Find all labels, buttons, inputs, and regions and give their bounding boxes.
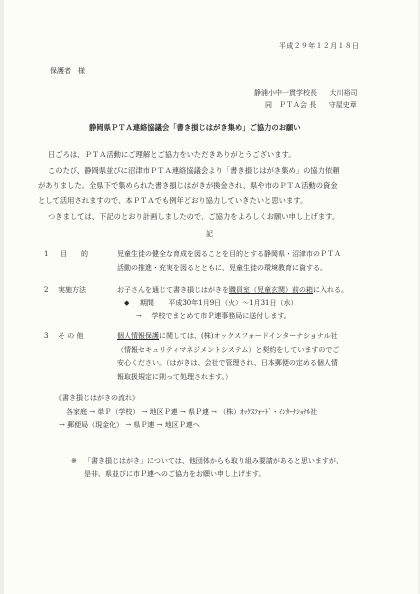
scan-edge-left — [0, 0, 4, 594]
item-3-line-3: 安心ください。（はがきは、会社で管理され、日本郵便の定める個人情 — [117, 358, 338, 368]
item-2-text-pre: お子さんを通じて書き損じはがきを — [117, 286, 229, 294]
diamond-bullet-icon: ◆ — [124, 299, 129, 307]
sender-2-org: 同 ＰＴＡ会 長 — [265, 101, 316, 109]
sender-2: 同 ＰＴＡ会 長 守屋史章 — [265, 100, 357, 110]
send-note-row: → 学校でまとめて市Ｐ連事務局に送付します。 — [136, 311, 291, 321]
item-3-line-4: 報取扱規定に則って処理されます。） — [117, 372, 232, 382]
body-line-1: 日ごろは、ＰＴＡ活動にご理解とご協力をいただきありがとうございます。 — [48, 150, 296, 160]
body-line-2: このたび、静岡県並びに沼津市ＰＴＡ連絡協議会より「書き損じはがき集め」の協力依頼 — [48, 166, 340, 176]
sender-1-org: 静浦小中一貫学校長 — [254, 89, 317, 97]
period-value: 平成30年1月9日（火）～1月31日（水） — [168, 299, 297, 307]
document-title: 静岡県ＰＴＡ連絡協議会「書き損じはがき集め」ご協力のお願い — [89, 123, 301, 133]
item-2-number: 2 — [44, 285, 48, 295]
item-2-label: 実施方法 — [58, 285, 86, 295]
flow-heading: 《書き損じはがきの流れ》 — [55, 393, 139, 403]
period-row: ◆ 期間 平成30年1月9日（火）～1月31日（水） — [124, 298, 298, 308]
item-1-number: 1 — [44, 249, 48, 259]
body-line-3: がありました。全県下で集められた書き損じはがきが換金され、県や市のＰＴＡ活動の資… — [38, 181, 338, 191]
arrow-right-icon: → — [136, 312, 142, 320]
footnote-line-1: 「書き損じはがき」については、他団体からも取り組み要請があると思いますが、 — [84, 456, 343, 466]
item-3-label: そ の 他 — [58, 331, 83, 341]
ki-heading: 記 — [206, 229, 213, 239]
period-label: 期間 — [140, 299, 154, 307]
item-1-label: 目 的 — [60, 249, 88, 259]
item-2-text-post: に入れる。 — [313, 286, 348, 294]
privacy-protection-term: 個人情報保護 — [117, 332, 159, 340]
item-3-text-post: に関しては、(株)オックスフォードインターナショナル社 — [159, 332, 338, 340]
body-line-5: つきましては、下記のとおり計画しましたので、ご協力をよろしくお願い申し上げます。 — [48, 212, 339, 222]
sender-1-name: 大川裕司 — [329, 89, 357, 97]
document-date: 平成２９年１２月１８日 — [279, 41, 359, 51]
addressee: 保護者 様 — [50, 66, 85, 76]
collection-box-location: 職員室（児童玄関）前の箱 — [229, 286, 313, 294]
item-1-line-1: 児童生徒の健全な育成を図ることを目的とする静岡県・沼津市のＰＴＡ — [117, 249, 341, 259]
send-note: 学校でまとめて市Ｐ連事務局に送付します。 — [151, 312, 290, 320]
sender-2-name: 守屋史章 — [329, 101, 357, 109]
item-2-line-1: お子さんを通じて書き損じはがきを職員室（児童玄関）前の箱に入れる。 — [117, 285, 348, 295]
item-3-line-1: 個人情報保護に関しては、(株)オックスフォードインターナショナル社 — [117, 331, 338, 341]
sender-1: 静浦小中一貫学校長 大川裕司 — [254, 88, 357, 98]
item-3-number: 3 — [44, 331, 48, 341]
flow-line-2: → 郵便局（現金化） → 県Ｐ連 → 地区Ｐ連へ — [59, 420, 200, 430]
item-1-line-2: 活動の推進・充実を図るとともに、児童生徒の環境教育に資する。 — [117, 263, 327, 273]
reference-mark-icon: ※ — [71, 456, 77, 466]
flow-line-1: 各家庭 → 単Ｐ（学校） → 地区Ｐ連 → 県Ｐ連 → （株）ｵｯｸｽﾌｫｰﾄﾞ… — [66, 407, 317, 417]
body-line-4: として活用されますので、本ＰＴＡでも例年どおり協力していきたいと思います。 — [38, 196, 307, 206]
document-page: 平成２９年１２月１８日 保護者 様 静浦小中一貫学校長 大川裕司 同 ＰＴＡ会 … — [0, 0, 420, 594]
footnote-line-2: 是非、県並びに市Ｐ連へのご協力をお願い申し上げます。 — [84, 469, 265, 479]
item-3-line-2: （情報セキュリティマネジメントシステム）と契約をしていますのでご — [117, 345, 339, 355]
